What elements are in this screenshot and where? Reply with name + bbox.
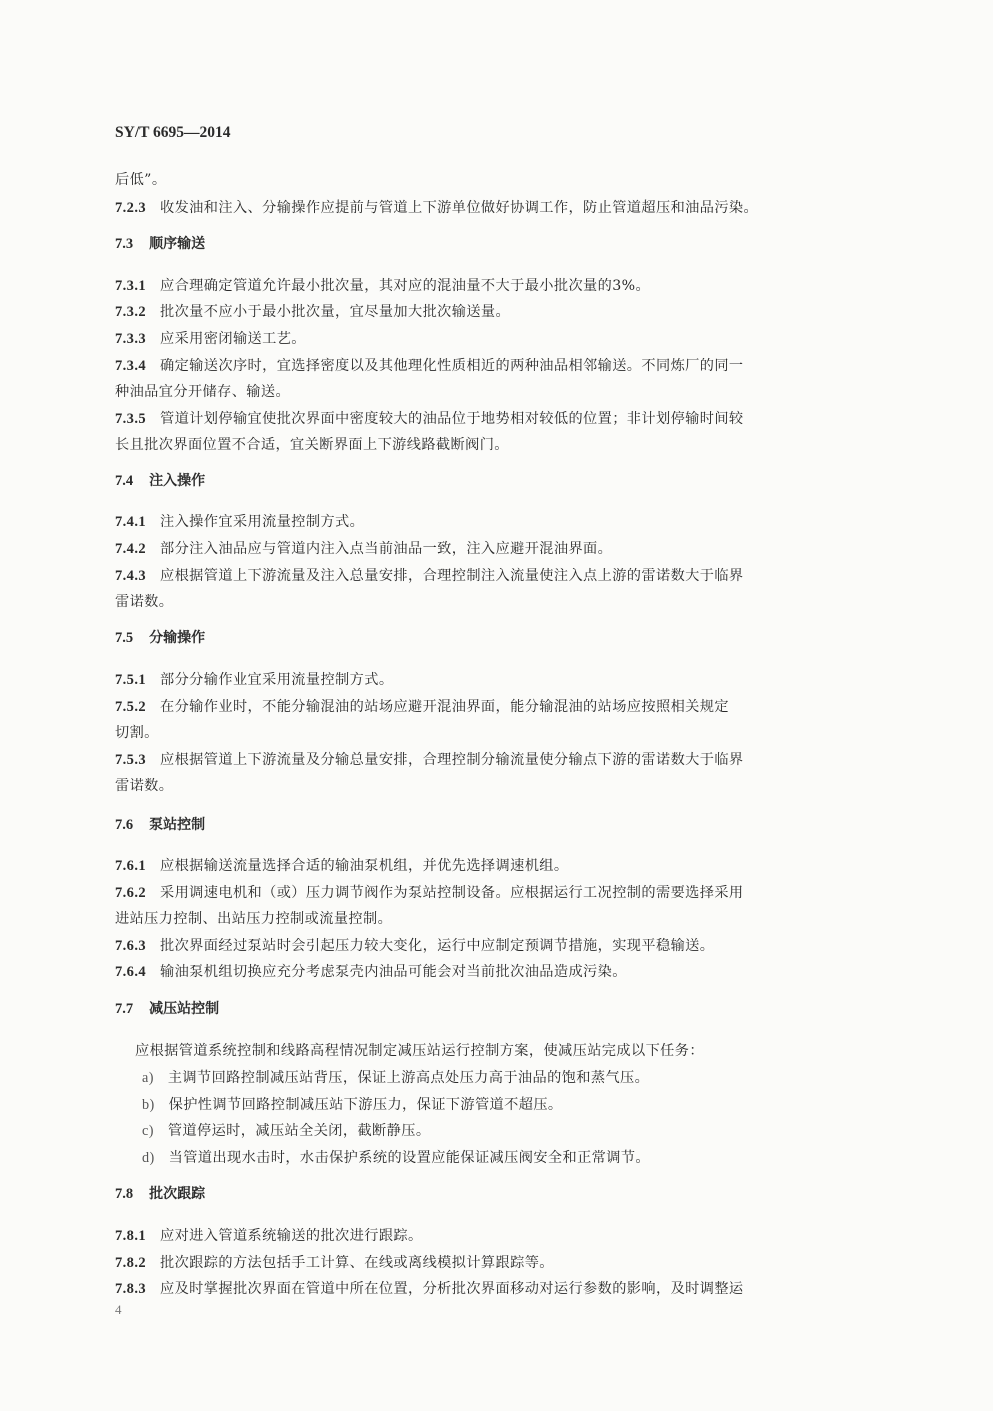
list-text: 当管道出现水击时，水击保护系统的设置应能保证减压阀安全和正常调节。 xyxy=(169,1150,650,1166)
list-item-a: a)主调节回路控制减压站背压，保证上游高点处压力高于油品的饱和蒸气压。 xyxy=(142,1068,912,1088)
clause-number: 7.3.2 xyxy=(115,304,146,320)
clause-7-8-1: 7.8.1应对进入管道系统输送的批次进行跟踪。 xyxy=(115,1226,885,1246)
clause-text: 应根据管道上下游流量及分输总量安排，合理控制分输流量使分输点下游的雷诺数大于临界 xyxy=(160,752,744,768)
clause-text: 批次量不应小于最小批次量，宜尽量加大批次输送量。 xyxy=(160,304,510,320)
clause-text: 输油泵机组切换应充分考虑泵壳内油品可能会对当前批次油品造成污染。 xyxy=(160,964,627,980)
clause-7-6-3: 7.6.3批次界面经过泵站时会引起压力较大变化，运行中应制定预调节措施，实现平稳… xyxy=(115,936,885,956)
section-title: 泵站控制 xyxy=(149,817,205,833)
clause-number: 7.3.4 xyxy=(115,358,146,374)
section-heading-7-5: 7.5分输操作 xyxy=(115,628,205,648)
clause-text: 部分注入油品应与管道内注入点当前油品一致，注入应避开混油界面。 xyxy=(160,541,612,557)
clause-7-2-3: 7.2.3收发油和注入、分输操作应提前与管道上下游单位做好协调工作，防止管道超压… xyxy=(115,198,885,218)
clause-7-6-4: 7.6.4输油泵机组切换应充分考虑泵壳内油品可能会对当前批次油品造成污染。 xyxy=(115,962,885,982)
document-page: SY/T 6695—2014 后低”。 7.2.3收发油和注入、分输操作应提前与… xyxy=(0,0,993,1411)
clause-7-4-3-cont: 雷诺数。 xyxy=(115,592,885,612)
clause-text: 确定输送次序时，宜选择密度以及其他理化性质相近的两种油品相邻输送。不同炼厂的同一 xyxy=(160,358,744,374)
clause-7-5-3: 7.5.3应根据管道上下游流量及分输总量安排，合理控制分输流量使分输点下游的雷诺… xyxy=(115,750,885,770)
section-7-7-intro: 应根据管道系统控制和线路高程情况制定减压站运行控制方案，使减压站完成以下任务： xyxy=(135,1041,905,1061)
clause-number: 7.5.2 xyxy=(115,699,146,715)
clause-7-3-4: 7.3.4确定输送次序时，宜选择密度以及其他理化性质相近的两种油品相邻输送。不同… xyxy=(115,356,885,376)
list-item-d: d)当管道出现水击时，水击保护系统的设置应能保证减压阀安全和正常调节。 xyxy=(142,1148,912,1168)
section-number: 7.3 xyxy=(115,236,133,252)
clause-text: 批次跟踪的方法包括手工计算、在线或离线模拟计算跟踪等。 xyxy=(160,1255,554,1271)
section-heading-7-3: 7.3顺序输送 xyxy=(115,234,205,254)
clause-7-3-2: 7.3.2批次量不应小于最小批次量，宜尽量加大批次输送量。 xyxy=(115,302,885,322)
list-item-b: b)保护性调节回路控制减压站下游压力，保证下游管道不超压。 xyxy=(142,1095,912,1115)
section-number: 7.5 xyxy=(115,630,133,646)
clause-text: 应根据输送流量选择合适的输油泵机组，并优先选择调速机组。 xyxy=(160,858,568,874)
clause-text: 应及时掌握批次界面在管道中所在位置，分析批次界面移动对运行参数的影响，及时调整运 xyxy=(160,1281,744,1297)
standard-code-header: SY/T 6695—2014 xyxy=(115,124,231,142)
clause-7-6-2: 7.6.2采用调速电机和（或）压力调节阀作为泵站控制设备。应根据运行工况控制的需… xyxy=(115,883,885,903)
clause-number: 7.6.2 xyxy=(115,885,146,901)
section-heading-7-6: 7.6泵站控制 xyxy=(115,815,205,835)
clause-text: 在分输作业时，不能分输混油的站场应避开混油界面，能分输混油的站场应按照相关规定 xyxy=(160,699,729,715)
clause-number: 7.4.2 xyxy=(115,541,146,557)
clause-7-8-3: 7.8.3应及时掌握批次界面在管道中所在位置，分析批次界面移动对运行参数的影响，… xyxy=(115,1279,885,1299)
clause-7-6-2-cont: 进站压力控制、出站压力控制或流量控制。 xyxy=(115,909,885,929)
section-heading-7-4: 7.4注入操作 xyxy=(115,471,205,491)
section-heading-7-7: 7.7减压站控制 xyxy=(115,999,219,1019)
clause-number: 7.3.3 xyxy=(115,331,146,347)
clause-text: 管道计划停输宜使批次界面中密度较大的油品位于地势相对较低的位置；非计划停输时间较 xyxy=(160,411,744,427)
continuation-text: 后低”。 xyxy=(115,170,885,190)
section-title: 减压站控制 xyxy=(149,1001,219,1017)
section-title: 注入操作 xyxy=(149,473,205,489)
clause-7-4-2: 7.4.2部分注入油品应与管道内注入点当前油品一致，注入应避开混油界面。 xyxy=(115,539,885,559)
clause-text: 收发油和注入、分输操作应提前与管道上下游单位做好协调工作，防止管道超压和油品污染… xyxy=(160,200,758,216)
clause-7-6-1: 7.6.1应根据输送流量选择合适的输油泵机组，并优先选择调速机组。 xyxy=(115,856,885,876)
clause-number: 7.6.3 xyxy=(115,938,146,954)
clause-number: 7.5.1 xyxy=(115,672,146,688)
page-number: 4 xyxy=(115,1302,122,1318)
clause-7-3-5: 7.3.5管道计划停输宜使批次界面中密度较大的油品位于地势相对较低的位置；非计划… xyxy=(115,409,885,429)
clause-7-3-1: 7.3.1应合理确定管道允许最小批次量，其对应的混油量不大于最小批次量的3%。 xyxy=(115,276,885,296)
clause-7-5-3-cont: 雷诺数。 xyxy=(115,776,885,796)
section-number: 7.4 xyxy=(115,473,133,489)
clause-text: 应对进入管道系统输送的批次进行跟踪。 xyxy=(160,1228,423,1244)
clause-text: 批次界面经过泵站时会引起压力较大变化，运行中应制定预调节措施，实现平稳输送。 xyxy=(160,938,714,954)
clause-7-8-2: 7.8.2批次跟踪的方法包括手工计算、在线或离线模拟计算跟踪等。 xyxy=(115,1253,885,1273)
clause-text: 采用调速电机和（或）压力调节阀作为泵站控制设备。应根据运行工况控制的需要选择采用 xyxy=(160,885,744,901)
section-heading-7-8: 7.8批次跟踪 xyxy=(115,1184,205,1204)
clause-number: 7.6.1 xyxy=(115,858,146,874)
section-number: 7.7 xyxy=(115,1001,133,1017)
section-title: 顺序输送 xyxy=(149,236,205,252)
clause-number: 7.6.4 xyxy=(115,964,146,980)
clause-text: 应合理确定管道允许最小批次量，其对应的混油量不大于最小批次量的3%。 xyxy=(160,278,650,294)
list-text: 管道停运时，减压站全关闭，截断静压。 xyxy=(168,1123,431,1139)
clause-text: 部分分输作业宜采用流量控制方式。 xyxy=(160,672,393,688)
list-label: c) xyxy=(142,1123,154,1139)
list-label: b) xyxy=(142,1097,155,1113)
clause-number: 7.8.3 xyxy=(115,1281,146,1297)
clause-7-3-3: 7.3.3应采用密闭输送工艺。 xyxy=(115,329,885,349)
clause-number: 7.4.1 xyxy=(115,514,146,530)
clause-7-4-1: 7.4.1注入操作宜采用流量控制方式。 xyxy=(115,512,885,532)
list-item-c: c)管道停运时，减压站全关闭，截断静压。 xyxy=(142,1121,912,1141)
clause-text: 应根据管道上下游流量及注入总量安排，合理控制注入流量使注入点上游的雷诺数大于临界 xyxy=(160,568,744,584)
list-text: 保护性调节回路控制减压站下游压力，保证下游管道不超压。 xyxy=(169,1097,563,1113)
clause-number: 7.8.1 xyxy=(115,1228,146,1244)
clause-7-3-4-cont: 种油品宜分开储存、输送。 xyxy=(115,382,885,402)
list-label: a) xyxy=(142,1070,154,1086)
section-number: 7.8 xyxy=(115,1186,133,1202)
clause-number: 7.8.2 xyxy=(115,1255,146,1271)
clause-7-5-2-cont: 切割。 xyxy=(115,723,885,743)
clause-number: 7.3.5 xyxy=(115,411,146,427)
clause-7-5-2: 7.5.2在分输作业时，不能分输混油的站场应避开混油界面，能分输混油的站场应按照… xyxy=(115,697,885,717)
clause-7-4-3: 7.4.3应根据管道上下游流量及注入总量安排，合理控制注入流量使注入点上游的雷诺… xyxy=(115,566,885,586)
section-title: 分输操作 xyxy=(149,630,205,646)
clause-number: 7.5.3 xyxy=(115,752,146,768)
section-title: 批次跟踪 xyxy=(149,1186,205,1202)
clause-number: 7.4.3 xyxy=(115,568,146,584)
section-number: 7.6 xyxy=(115,817,133,833)
clause-text: 注入操作宜采用流量控制方式。 xyxy=(160,514,364,530)
list-label: d) xyxy=(142,1150,155,1166)
clause-text: 应采用密闭输送工艺。 xyxy=(160,331,306,347)
clause-7-5-1: 7.5.1部分分输作业宜采用流量控制方式。 xyxy=(115,670,885,690)
list-text: 主调节回路控制减压站背压，保证上游高点处压力高于油品的饱和蒸气压。 xyxy=(168,1070,649,1086)
clause-number: 7.2.3 xyxy=(115,200,146,216)
clause-number: 7.3.1 xyxy=(115,278,146,294)
clause-7-3-5-cont: 长且批次界面位置不合适，宜关断界面上下游线路截断阀门。 xyxy=(115,435,885,455)
